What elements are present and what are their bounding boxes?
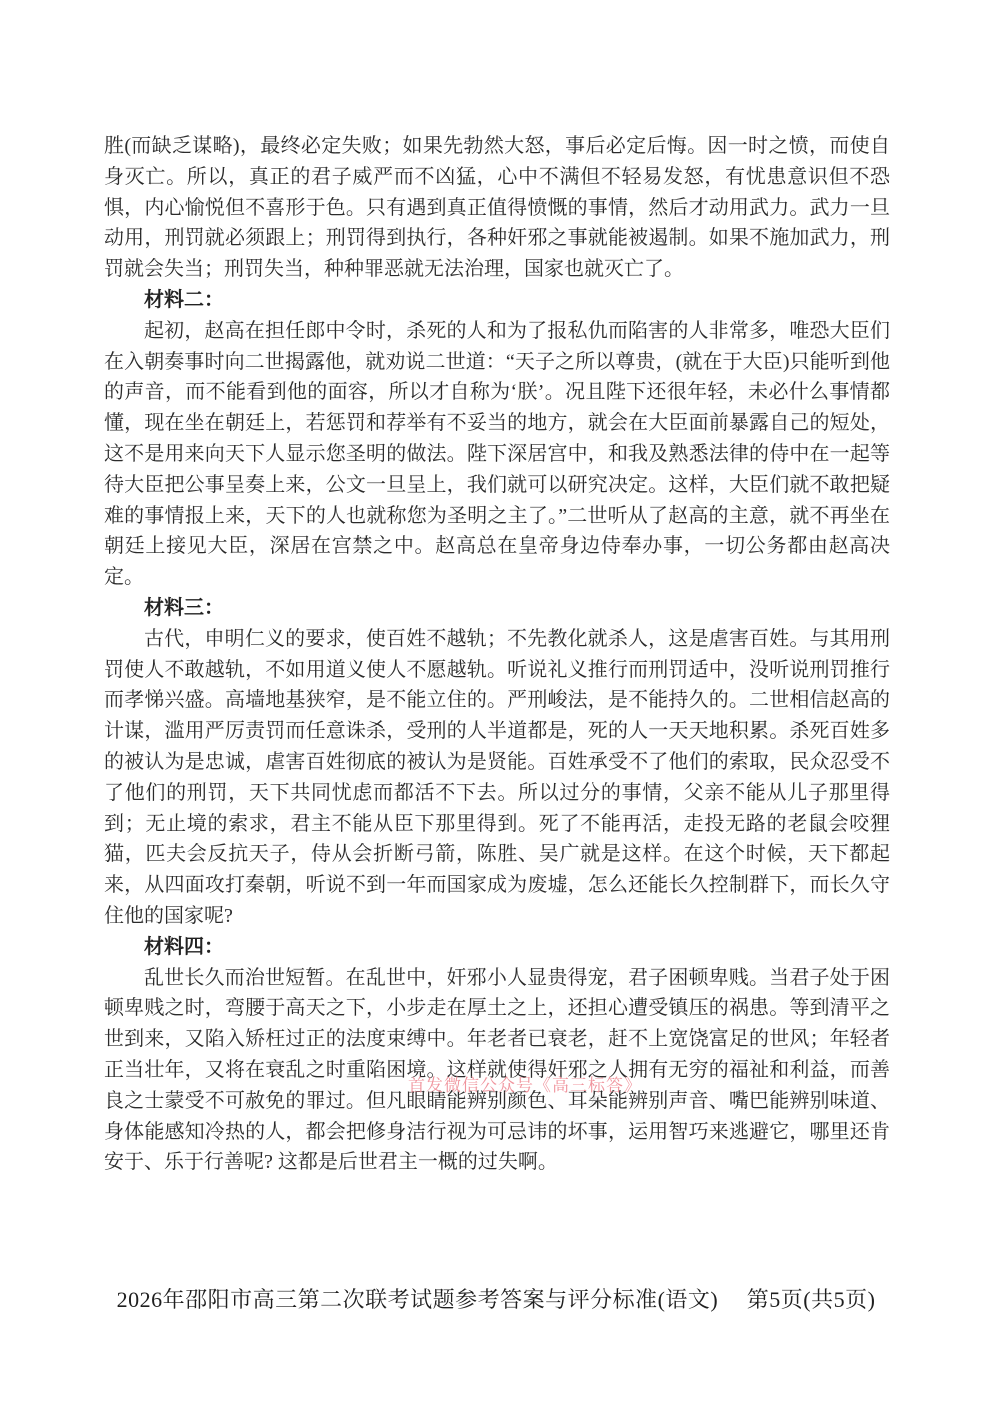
paragraph-material-2: 起初，赵高在担任郎中令时，杀死的人和为了报私仇而陷害的人非常多，唯恐大臣们在入朝… xyxy=(104,316,890,593)
paragraph-material-3: 古代，申明仁义的要求，使百姓不越轨；不先教化就杀人，这是虐害百姓。与其用刑罚使人… xyxy=(104,624,890,932)
paragraph-material1-continuation: 胜(而缺乏谋略)，最终必定失败；如果先勃然大怒，事后必定后悔。因一时之愤，而使自… xyxy=(104,131,890,285)
scanned-answer-page: 胜(而缺乏谋略)，最终必定失败；如果先勃然大怒，事后必定后悔。因一时之愤，而使自… xyxy=(0,0,992,1403)
document-body: 胜(而缺乏谋略)，最终必定失败；如果先勃然大怒，事后必定后悔。因一时之愤，而使自… xyxy=(104,131,890,1178)
page-footer: 2026年邵阳市高三第二次联考试题参考答案与评分标准(语文) 第5页(共5页) xyxy=(0,1283,992,1314)
heading-material-4: 材料四： xyxy=(104,932,890,963)
paragraph-material-4: 乱世长久而治世短暂。在乱世中，奸邪小人显贵得宠，君子困顿卑贱。当君子处于困顿卑贱… xyxy=(104,963,890,1179)
wechat-watermark: 首发微信公众号《高三标答》 xyxy=(408,1077,642,1095)
heading-material-3: 材料三： xyxy=(104,593,890,624)
heading-material-2: 材料二： xyxy=(104,285,890,316)
